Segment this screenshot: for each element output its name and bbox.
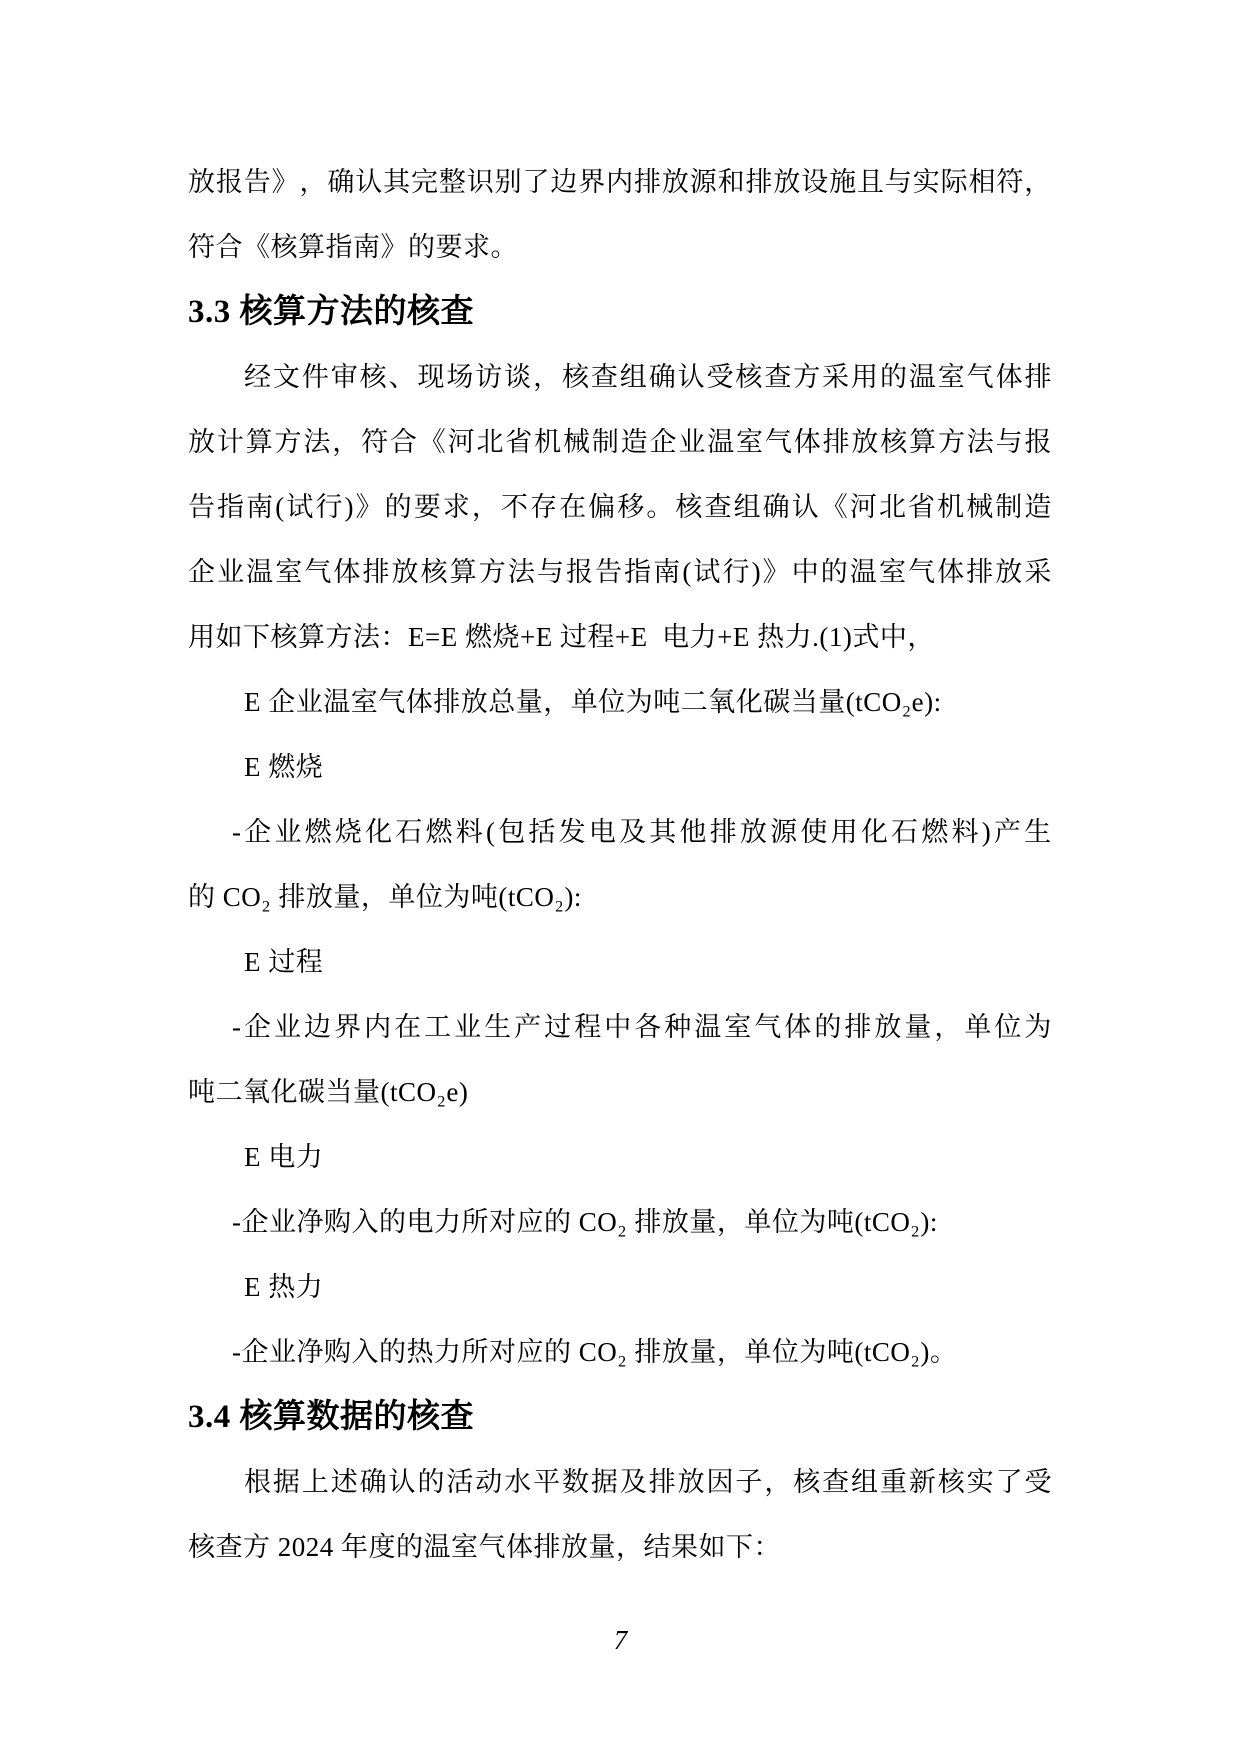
text-line: E 企业温室气体排放总量，单位为吨二氧化碳当量(tCO₂e): (188, 670, 1052, 735)
text-line: -企业净购入的电力所对应的 CO₂ 排放量，单位为吨(tCO₂): (188, 1190, 1052, 1255)
section-heading: 3.4 核算数据的核查 (188, 1385, 1052, 1450)
text-line: -企业边界内在工业生产过程中各种温室气体的排放量，单位为 (188, 995, 1052, 1060)
text-line: E 燃烧 (188, 735, 1052, 800)
text-line: -企业燃烧化石燃料(包括发电及其他排放源使用化石燃料)产生 (188, 800, 1052, 865)
text-line: 吨二氧化碳当量(tCO₂e) (188, 1060, 1052, 1125)
text-line: E 热力 (188, 1255, 1052, 1320)
text-line: 核查方 2024 年度的温室气体排放量，结果如下： (188, 1515, 1052, 1580)
text-line: 企业温室气体排放核算方法与报告指南(试行)》中的温室气体排放采 (188, 540, 1052, 605)
text-line: -企业净购入的热力所对应的 CO₂ 排放量，单位为吨(tCO₂)。 (188, 1320, 1052, 1385)
document-page: 放报告》，确认其完整识别了边界内排放源和排放设施且与实际相符，符合《核算指南》的… (0, 0, 1241, 1754)
document-body: 放报告》，确认其完整识别了边界内排放源和排放设施且与实际相符，符合《核算指南》的… (188, 150, 1052, 1580)
page-number: 7 (0, 1620, 1241, 1660)
text-line: 放报告》，确认其完整识别了边界内排放源和排放设施且与实际相符， (188, 150, 1052, 215)
text-line: 符合《核算指南》的要求。 (188, 215, 1052, 280)
text-line: 告指南(试行)》的要求，不存在偏移。核查组确认《河北省机械制造 (188, 475, 1052, 540)
section-heading: 3.3 核算方法的核查 (188, 280, 1052, 345)
text-line: 用如下核算方法：E=E 燃烧+E 过程+E 电力+E 热力.(1)式中， (188, 605, 1052, 670)
text-line: 放计算方法，符合《河北省机械制造企业温室气体排放核算方法与报 (188, 410, 1052, 475)
text-line: 经文件审核、现场访谈，核查组确认受核查方采用的温室气体排 (188, 345, 1052, 410)
text-line: 的 CO₂ 排放量，单位为吨(tCO₂): (188, 865, 1052, 930)
text-line: E 过程 (188, 930, 1052, 995)
text-line: E 电力 (188, 1125, 1052, 1190)
text-line: 根据上述确认的活动水平数据及排放因子，核查组重新核实了受 (188, 1450, 1052, 1515)
